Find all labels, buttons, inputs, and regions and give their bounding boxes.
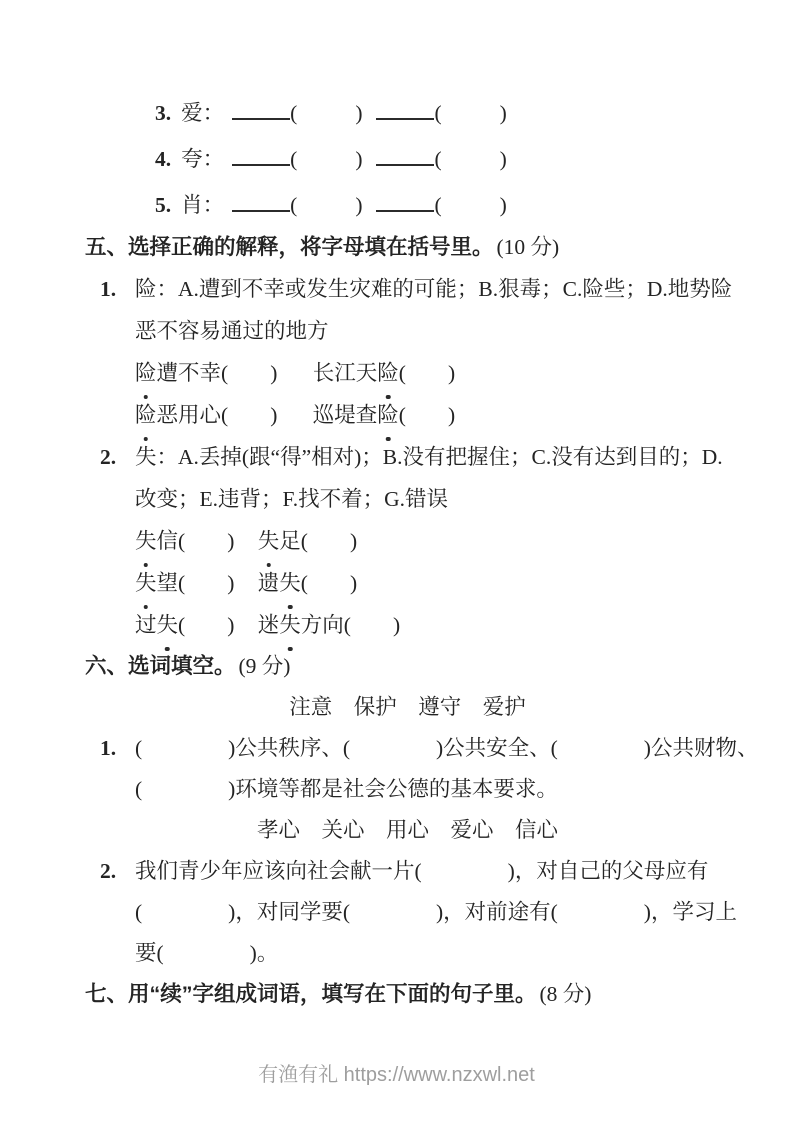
- open-paren: (: [301, 529, 308, 553]
- open-paren: (: [434, 101, 441, 125]
- open-paren: (: [344, 613, 351, 637]
- section7-title: 七、用“续”字组成词语，填写在下面的句子里。: [85, 982, 537, 1006]
- phrase-post: 信: [157, 529, 179, 553]
- answer-blank: [232, 114, 290, 120]
- section5-heading: 五、选择正确的解释，将字母填在括号里。(10 分): [85, 226, 730, 268]
- section5-q2-answer-row-1: 失信() 失足(): [85, 520, 730, 562]
- emphasized-char: 险: [377, 394, 399, 436]
- word-item-3: 3.爱：()(): [85, 88, 730, 134]
- emphasized-char: 险: [135, 394, 157, 436]
- section7-score: (8 分): [540, 982, 592, 1006]
- section5-q2-answer-row-2: 失望() 遗失(): [85, 562, 730, 604]
- close-paren: ): [448, 361, 455, 385]
- open-paren: (: [178, 571, 185, 595]
- question-number: 2.: [100, 436, 116, 478]
- open-paren: (: [290, 193, 297, 217]
- close-paren: ): [270, 361, 277, 385]
- open-paren: (: [434, 193, 441, 217]
- phrase-pre: 过: [135, 613, 157, 637]
- close-paren: ): [500, 147, 507, 171]
- word-bank-text: 孝心 关心 用心 爱心 信心: [257, 818, 558, 842]
- close-paren: ): [227, 613, 234, 637]
- close-paren: ): [500, 193, 507, 217]
- word-bank-text: 注意 保护 遵守 爱护: [289, 695, 526, 719]
- close-paren: ): [227, 529, 234, 553]
- stem-text: 失：A.丢掉(跟“得”相对)；B.没有把握住；C.没有达到目的；D.: [135, 445, 723, 469]
- answer-blank: [232, 206, 290, 212]
- close-paren: ): [393, 613, 400, 637]
- open-paren: (: [301, 571, 308, 595]
- phrase-pre: 遗: [258, 571, 280, 595]
- close-paren: ): [500, 101, 507, 125]
- close-paren: ): [355, 193, 362, 217]
- answer-blank: [232, 160, 290, 166]
- phrase-answer-pair: 巡堤查险(): [313, 403, 455, 427]
- phrase-answer-pair: 过失(): [135, 613, 234, 637]
- phrase-pre: 巡堤查: [313, 403, 378, 427]
- section6-score: (9 分): [239, 654, 291, 678]
- word-item-4: 4.夸：()(): [85, 134, 730, 180]
- section5-q1-answer-row-1: 险遭不幸() 长江天险(): [85, 352, 730, 394]
- answer-blank: [376, 114, 434, 120]
- phrase-answer-pair: 失望(): [135, 571, 234, 595]
- section5-score: (10 分): [497, 235, 560, 259]
- question-number: 1.: [100, 268, 116, 310]
- section6-q2-line2: ( )，对同学要( )，对前途有( )，学习上: [85, 892, 730, 933]
- open-paren: (: [399, 361, 406, 385]
- watermark-footer: 有渔有礼 https://www.nzxwl.net: [0, 1058, 793, 1087]
- section6-word-bank-2: 孝心 关心 用心 爱心 信心: [85, 810, 730, 851]
- section6-q1-line1: 1.( )公共秩序、( )公共安全、( )公共财物、: [85, 728, 730, 769]
- section5-q1-stem-line2: 恶不容易通过的地方: [85, 310, 730, 352]
- phrase-answer-pair: 险遭不幸(): [135, 361, 277, 385]
- phrase-answer-pair: 遗失(): [258, 571, 357, 595]
- question-number: 1.: [100, 728, 116, 769]
- section6-title: 六、选词填空。: [85, 654, 236, 678]
- stem-text: 改变；E.违背；F.找不着；G.错误: [135, 487, 448, 511]
- stem-text: 险：A.遭到不幸或发生灾难的可能；B.狠毒；C.险些；D.地势险: [135, 277, 732, 301]
- section6-heading: 六、选词填空。(9 分): [85, 646, 730, 687]
- open-paren: (: [290, 101, 297, 125]
- watermark-text: 有渔有礼 https://www.nzxwl.net: [258, 1064, 535, 1086]
- phrase-answer-pair: 长江天险(): [313, 361, 455, 385]
- phrase-post: 恶用心: [157, 403, 222, 427]
- open-paren: (: [399, 403, 406, 427]
- section6-q1-line2: ( )环境等都是社会公德的基本要求。: [85, 769, 730, 810]
- item-character: 爱：: [181, 101, 224, 125]
- phrase-answer-pair: 险恶用心(): [135, 403, 277, 427]
- item-character: 夸：: [181, 147, 224, 171]
- worksheet-content: 3.爱：()() 4.夸：()() 5.肖：()() 五、选择正确的解释，将字母…: [85, 88, 730, 1015]
- phrase-answer-pair: 失足(): [258, 529, 357, 553]
- section5-q2-answer-row-3: 过失() 迷失方向(): [85, 604, 730, 646]
- phrase-post: 望: [157, 571, 179, 595]
- phrase-post: 足: [279, 529, 301, 553]
- emphasized-char: 险: [377, 352, 399, 394]
- stem-text: 恶不容易通过的地方: [135, 319, 329, 343]
- emphasized-char: 失: [135, 520, 157, 562]
- item-number: 3.: [155, 101, 171, 125]
- phrase-post: 方向: [301, 613, 344, 637]
- emphasized-char: 失: [279, 562, 301, 604]
- emphasized-char: 失: [157, 604, 179, 646]
- close-paren: ): [355, 101, 362, 125]
- close-paren: ): [350, 571, 357, 595]
- fill-in-text: ( )，对同学要( )，对前途有( )，学习上: [135, 900, 737, 924]
- emphasized-char: 失: [258, 520, 280, 562]
- open-paren: (: [434, 147, 441, 171]
- close-paren: ): [350, 529, 357, 553]
- close-paren: ): [448, 403, 455, 427]
- close-paren: ): [270, 403, 277, 427]
- answer-blank: [376, 160, 434, 166]
- emphasized-char: 失: [135, 562, 157, 604]
- section5-q1-answer-row-2: 险恶用心() 巡堤查险(): [85, 394, 730, 436]
- phrase-post: 遭不幸: [157, 361, 222, 385]
- fill-in-text: ( )环境等都是社会公德的基本要求。: [135, 777, 558, 801]
- worksheet-page: 3.爱：()() 4.夸：()() 5.肖：()() 五、选择正确的解释，将字母…: [0, 0, 793, 1122]
- section5-title: 五、选择正确的解释，将字母填在括号里。: [85, 235, 494, 259]
- fill-in-text: ( )公共秩序、( )公共安全、( )公共财物、: [135, 736, 758, 760]
- word-item-5: 5.肖：()(): [85, 180, 730, 226]
- emphasized-char: 险: [135, 352, 157, 394]
- open-paren: (: [290, 147, 297, 171]
- section5-q2-stem-line1: 2.失：A.丢掉(跟“得”相对)；B.没有把握住；C.没有达到目的；D.: [85, 436, 730, 478]
- phrase-pre: 迷: [258, 613, 280, 637]
- section6-q2-line1: 2.我们青少年应该向社会献一片( )，对自己的父母应有: [85, 851, 730, 892]
- section6-word-bank-1: 注意 保护 遵守 爱护: [85, 687, 730, 728]
- item-number: 4.: [155, 147, 171, 171]
- phrase-pre: 长江天: [313, 361, 378, 385]
- answer-blank: [376, 206, 434, 212]
- close-paren: ): [227, 571, 234, 595]
- open-paren: (: [178, 529, 185, 553]
- open-paren: (: [221, 403, 228, 427]
- fill-in-text: 要( )。: [135, 941, 278, 965]
- question-number: 2.: [100, 851, 116, 892]
- section7-heading: 七、用“续”字组成词语，填写在下面的句子里。(8 分): [85, 974, 730, 1015]
- emphasized-char: 失: [279, 604, 301, 646]
- open-paren: (: [178, 613, 185, 637]
- fill-in-text: 我们青少年应该向社会献一片( )，对自己的父母应有: [135, 859, 708, 883]
- section5-q1-stem-line1: 1.险：A.遭到不幸或发生灾难的可能；B.狠毒；C.险些；D.地势险: [85, 268, 730, 310]
- section6-q2-line3: 要( )。: [85, 933, 730, 974]
- item-character: 肖：: [181, 193, 224, 217]
- open-paren: (: [221, 361, 228, 385]
- close-paren: ): [355, 147, 362, 171]
- phrase-answer-pair: 失信(): [135, 529, 234, 553]
- section5-q2-stem-line2: 改变；E.违背；F.找不着；G.错误: [85, 478, 730, 520]
- phrase-answer-pair: 迷失方向(): [258, 613, 400, 637]
- item-number: 5.: [155, 193, 171, 217]
